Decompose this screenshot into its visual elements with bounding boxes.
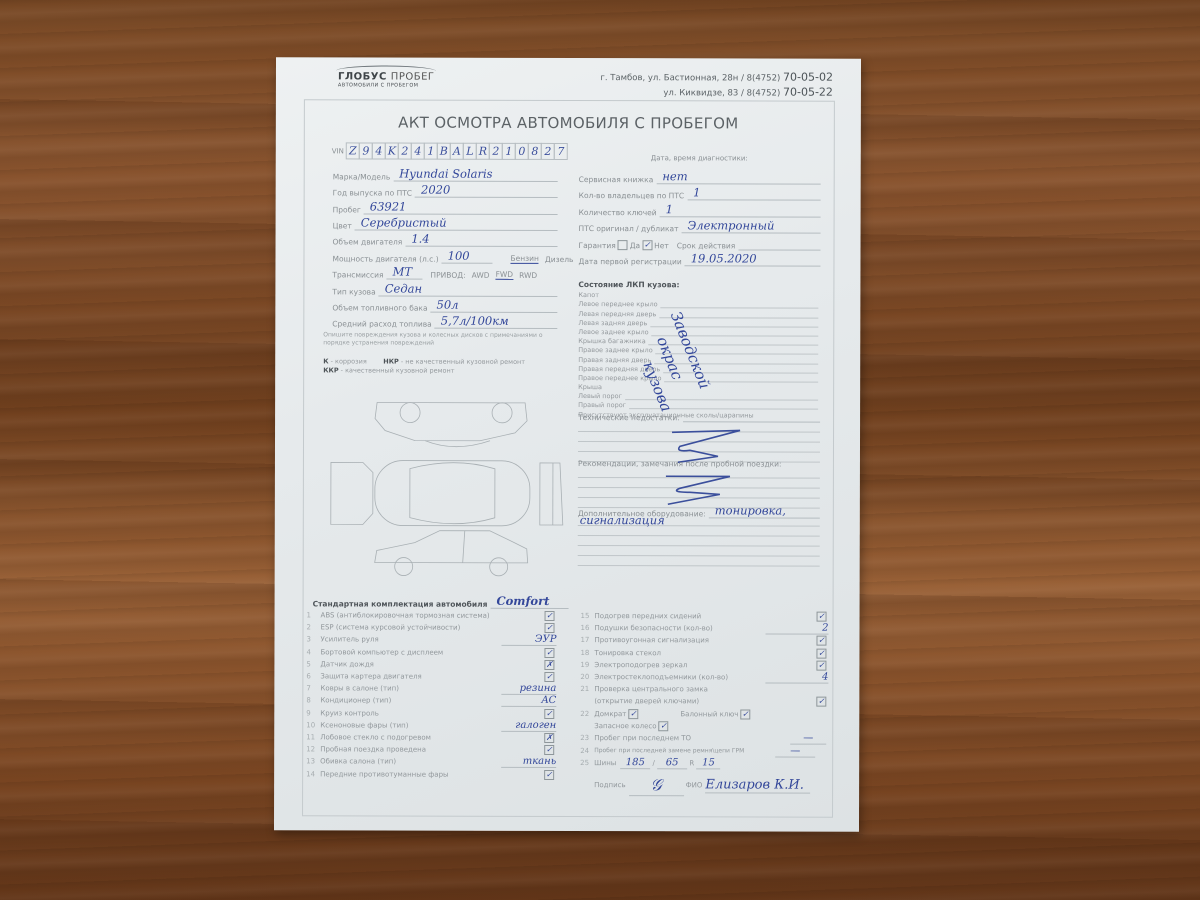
equipment-item: (открытие дверей ключами)✓: [580, 695, 830, 708]
field-row: Кол-во владельцев по ПТС1: [579, 186, 821, 201]
vin-char-box[interactable]: A: [450, 143, 464, 160]
field-input[interactable]: нет: [656, 171, 820, 184]
car-body-diagram: [315, 390, 565, 581]
equipment-value[interactable]: ткань: [501, 756, 556, 768]
vin-char-box[interactable]: 2: [541, 143, 555, 160]
fuel-diesel[interactable]: Дизель: [545, 255, 574, 264]
timing-belt-value: —: [775, 745, 815, 757]
vin-char-box[interactable]: 0: [515, 143, 529, 160]
field-input[interactable]: 63921: [364, 201, 558, 215]
field-input[interactable]: 100: [442, 251, 493, 264]
drive-rwd[interactable]: RWD: [519, 271, 537, 280]
paint-condition-title: Состояние ЛКП кузова:: [578, 280, 679, 289]
equipment-checkbox[interactable]: ✓: [545, 623, 555, 633]
equipment-value[interactable]: 2: [766, 623, 829, 635]
field-input[interactable]: MT: [387, 267, 423, 280]
field-input[interactable]: 1: [660, 204, 821, 217]
first-registration-row: Дата первой регистрации19.05.2020: [578, 252, 820, 267]
vin-label: VIN: [332, 147, 344, 155]
equipment-checkbox[interactable]: ✓: [816, 636, 826, 646]
contact-addresses: г. Тамбов, ул. Бастионная, 28н / 8(4752)…: [600, 70, 833, 101]
field-row: Год выпуска по ПТС2020: [333, 183, 558, 198]
equipment-right-list: 15Подогрев передних сидений✓16Подушки бе…: [580, 610, 830, 708]
strike-z-mark-2: [660, 470, 740, 506]
warranty-yes-checkbox[interactable]: [618, 240, 628, 250]
field-row: Тип кузоваСедан: [332, 282, 557, 297]
vin-char-box[interactable]: L: [463, 143, 477, 160]
equipment-checkbox[interactable]: ✓: [545, 611, 555, 621]
tire-width: 185: [620, 757, 650, 769]
drive-awd[interactable]: AWD: [472, 271, 490, 280]
vin-char-box[interactable]: 7: [554, 143, 568, 160]
field-input[interactable]: Седан: [379, 284, 558, 297]
equipment-item: 15Подогрев передних сидений✓: [581, 610, 831, 623]
field-row: Мощность двигателя (л.с.)100: [332, 249, 492, 263]
field-row: ПТС оригинал / дубликатЭлектронный: [579, 219, 821, 234]
tire-radius: 15: [696, 757, 720, 769]
extra-equipment-lines: сигнализация: [578, 516, 820, 567]
last-service-value: —: [790, 733, 826, 745]
fio-value: Елизаров К.И.: [705, 777, 810, 793]
diagnostics-datetime-label: Дата, время диагностики:: [651, 154, 748, 162]
vin-char-box[interactable]: 1: [502, 143, 516, 160]
equipment-title-row: Стандартная комплектация автомобиля Comf…: [313, 595, 569, 609]
field-input[interactable]: 5,7л/100км: [435, 316, 558, 329]
field-row: ТрансмиссияMT: [332, 265, 422, 279]
equipment-checkbox[interactable]: ✓: [544, 769, 554, 779]
equipment-item: 1ABS (антиблокировочная тормозная систем…: [307, 609, 559, 622]
equipment-item: 4Бортовой компьютер с дисплеем✓: [306, 646, 558, 659]
equipment-item: 21Проверка центрального замка: [580, 683, 830, 696]
field-row: Объем двигателя1.4: [333, 232, 558, 247]
equipment-item: 2ESP (система курсовой устойчивости)✓: [307, 622, 559, 635]
equipment-checkbox[interactable]: ✓: [816, 660, 826, 670]
legend-line-2: ККР - качественный кузовной ремонт: [323, 366, 454, 374]
equipment-item: 19Электроподогрев зеркал✓: [580, 659, 830, 672]
vin-char-box[interactable]: 2: [489, 143, 503, 160]
company-logo: ГЛОБУС ПРОБЕГ АВТОМОБИЛИ С ПРОБЕГОМ: [338, 71, 435, 88]
equipment-item: 12Пробная поездка проведена✓: [306, 743, 558, 756]
field-row: Количество ключей1: [579, 203, 821, 218]
page-title: АКТ ОСМОТРА АВТОМОБИЛЯ С ПРОБЕГОМ: [276, 113, 861, 133]
vin-char-box[interactable]: 2: [398, 143, 412, 160]
equipment-value[interactable]: резина: [501, 683, 556, 695]
equipment-item: 11Лобовое стекло с подогревом✗: [306, 731, 558, 744]
vin-char-box[interactable]: B: [437, 143, 451, 160]
equipment-value[interactable]: галоген: [501, 720, 556, 732]
equipment-checkbox[interactable]: ✓: [544, 745, 554, 755]
spare-wheel-checkbox[interactable]: ✓: [659, 722, 669, 732]
equipment-checkbox[interactable]: ✗: [544, 733, 554, 743]
field-row: Сервисная книжканет: [579, 170, 821, 185]
paint-item: Левое заднее крыло: [578, 327, 818, 337]
first-registration-input[interactable]: 19.05.2020: [685, 253, 821, 266]
equipment-item: 10Ксеноновые фары (тип)галоген: [306, 719, 558, 732]
equipment-checkbox[interactable]: ✓: [544, 648, 554, 658]
field-input[interactable]: 1: [687, 187, 821, 200]
drive-fwd[interactable]: FWD: [496, 270, 514, 280]
warranty-row: ГарантияДа✓НетСрок действия: [579, 236, 821, 251]
equipment-item: 17Противоугонная сигнализация✓: [580, 634, 830, 647]
vin-char-box[interactable]: Z: [346, 142, 360, 159]
tech-defects-field: Технические недостатки:: [578, 408, 820, 423]
equipment-value[interactable]: ЭУР: [501, 634, 556, 646]
vin-char-box[interactable]: 1: [424, 143, 438, 160]
vin-char-box[interactable]: 4: [411, 143, 425, 160]
equipment-checkbox[interactable]: ✓: [544, 709, 554, 719]
jack-checkbox[interactable]: ✓: [628, 709, 638, 719]
field-row: Марка/МодельHyundai Solaris: [333, 167, 558, 182]
inspection-sheet: ГЛОБУС ПРОБЕГ АВТОМОБИЛИ С ПРОБЕГОМ г. Т…: [274, 57, 861, 832]
field-row: Объем топливного бака50л: [332, 298, 557, 313]
paint-item: Левая задняя дверь: [578, 318, 818, 328]
wrench-checkbox[interactable]: ✓: [740, 710, 750, 720]
sheet-header: ГЛОБУС ПРОБЕГ АВТОМОБИЛИ С ПРОБЕГОМ г. Т…: [276, 57, 861, 103]
equipment-left-list: 1ABS (антиблокировочная тормозная систем…: [306, 609, 558, 780]
extra-equipment-value-2: сигнализация: [580, 513, 665, 527]
field-input[interactable]: 1.4: [405, 234, 557, 247]
equipment-checkbox[interactable]: ✓: [544, 672, 554, 682]
equipment-checkbox[interactable]: ✓: [816, 648, 826, 658]
recommendations-field: Рекомендации, замечания после пробной по…: [578, 454, 820, 469]
equipment-item: 6Защита картера двигателя✓: [306, 670, 558, 683]
equipment-item: 7Ковры в салоне (тип)резина: [306, 682, 558, 695]
address-1: г. Тамбов, ул. Бастионная, 28н / 8(4752): [600, 73, 780, 83]
vin-char-box[interactable]: K: [385, 143, 399, 160]
paint-item: Левая передняя дверь: [578, 308, 818, 318]
address-2: ул. Киквидзе, 83 / 8(4752): [663, 88, 780, 98]
equipment-item: 5Датчик дождя✗: [306, 658, 558, 671]
equipment-checkbox[interactable]: ✗: [544, 660, 554, 670]
trim-value: Comfort: [496, 594, 549, 608]
equipment-item: 14Передние противотуманные фары✓: [306, 768, 558, 781]
vin-char-box[interactable]: 9: [359, 142, 373, 159]
equipment-item: 16Подушки безопасности (кол-во)2: [581, 622, 831, 635]
field-input[interactable]: 2020: [415, 185, 558, 198]
equipment-item: 13Обивка салона (тип)ткань: [306, 756, 558, 769]
fuel-gasoline[interactable]: Бензин: [510, 254, 538, 264]
equipment-value[interactable]: AC: [501, 695, 556, 707]
field-row: ЦветСеребристый: [333, 216, 558, 231]
phone-1: 70-05-02: [783, 71, 833, 84]
vin-field: VIN Z94K241BALR210827: [332, 142, 568, 160]
equipment-item: 20Электростеклоподъемники (кол-во)4: [580, 671, 830, 684]
field-input[interactable]: Серебристый: [355, 217, 558, 231]
equipment-item: 9Круиз контроль✓: [306, 707, 558, 720]
field-input[interactable]: 50л: [431, 300, 558, 313]
vin-char-box[interactable]: 4: [372, 142, 386, 159]
field-input[interactable]: Электронный: [681, 220, 820, 233]
logo-subtitle: АВТОМОБИЛИ С ПРОБЕГОМ: [338, 82, 435, 88]
field-input[interactable]: Hyundai Solaris: [393, 169, 557, 182]
equipment-checkbox[interactable]: ✓: [816, 697, 826, 707]
equipment-item: 8Кондиционер (тип)AC: [306, 695, 558, 708]
equipment-item: 3Усилитель руляЭУР: [306, 634, 558, 647]
field-row: Пробег63921: [333, 200, 558, 215]
equipment-item: 18Тонировка стекол✓: [580, 647, 830, 660]
equipment-value[interactable]: 4: [765, 672, 828, 684]
signature: 𝒢: [629, 775, 684, 796]
legend-line-1: К - коррозия НКР - не качественный кузов…: [323, 357, 525, 366]
warranty-no-checkbox[interactable]: ✓: [642, 240, 652, 250]
phone-2: 70-05-22: [783, 86, 833, 99]
tire-profile: 65: [657, 757, 687, 769]
fuel-options: БензинДизель: [510, 250, 573, 264]
field-row: Средний расход топлива5,7л/100км: [332, 314, 557, 329]
paint-item: Левое переднее крыло: [578, 299, 818, 309]
equipment-tools: 22Домкрат✓ Балонный ключ✓ Запасное колес…: [580, 708, 830, 792]
vin-char-box[interactable]: 8: [528, 143, 542, 160]
logo-arc-icon: [336, 65, 436, 76]
drive-options: ПРИВОД:AWDFWDRWD: [430, 266, 543, 280]
equipment-checkbox[interactable]: ✓: [817, 612, 827, 622]
vin-char-box[interactable]: R: [476, 143, 490, 160]
damage-note: Опишите повреждения кузова и колесных ди…: [323, 331, 563, 348]
